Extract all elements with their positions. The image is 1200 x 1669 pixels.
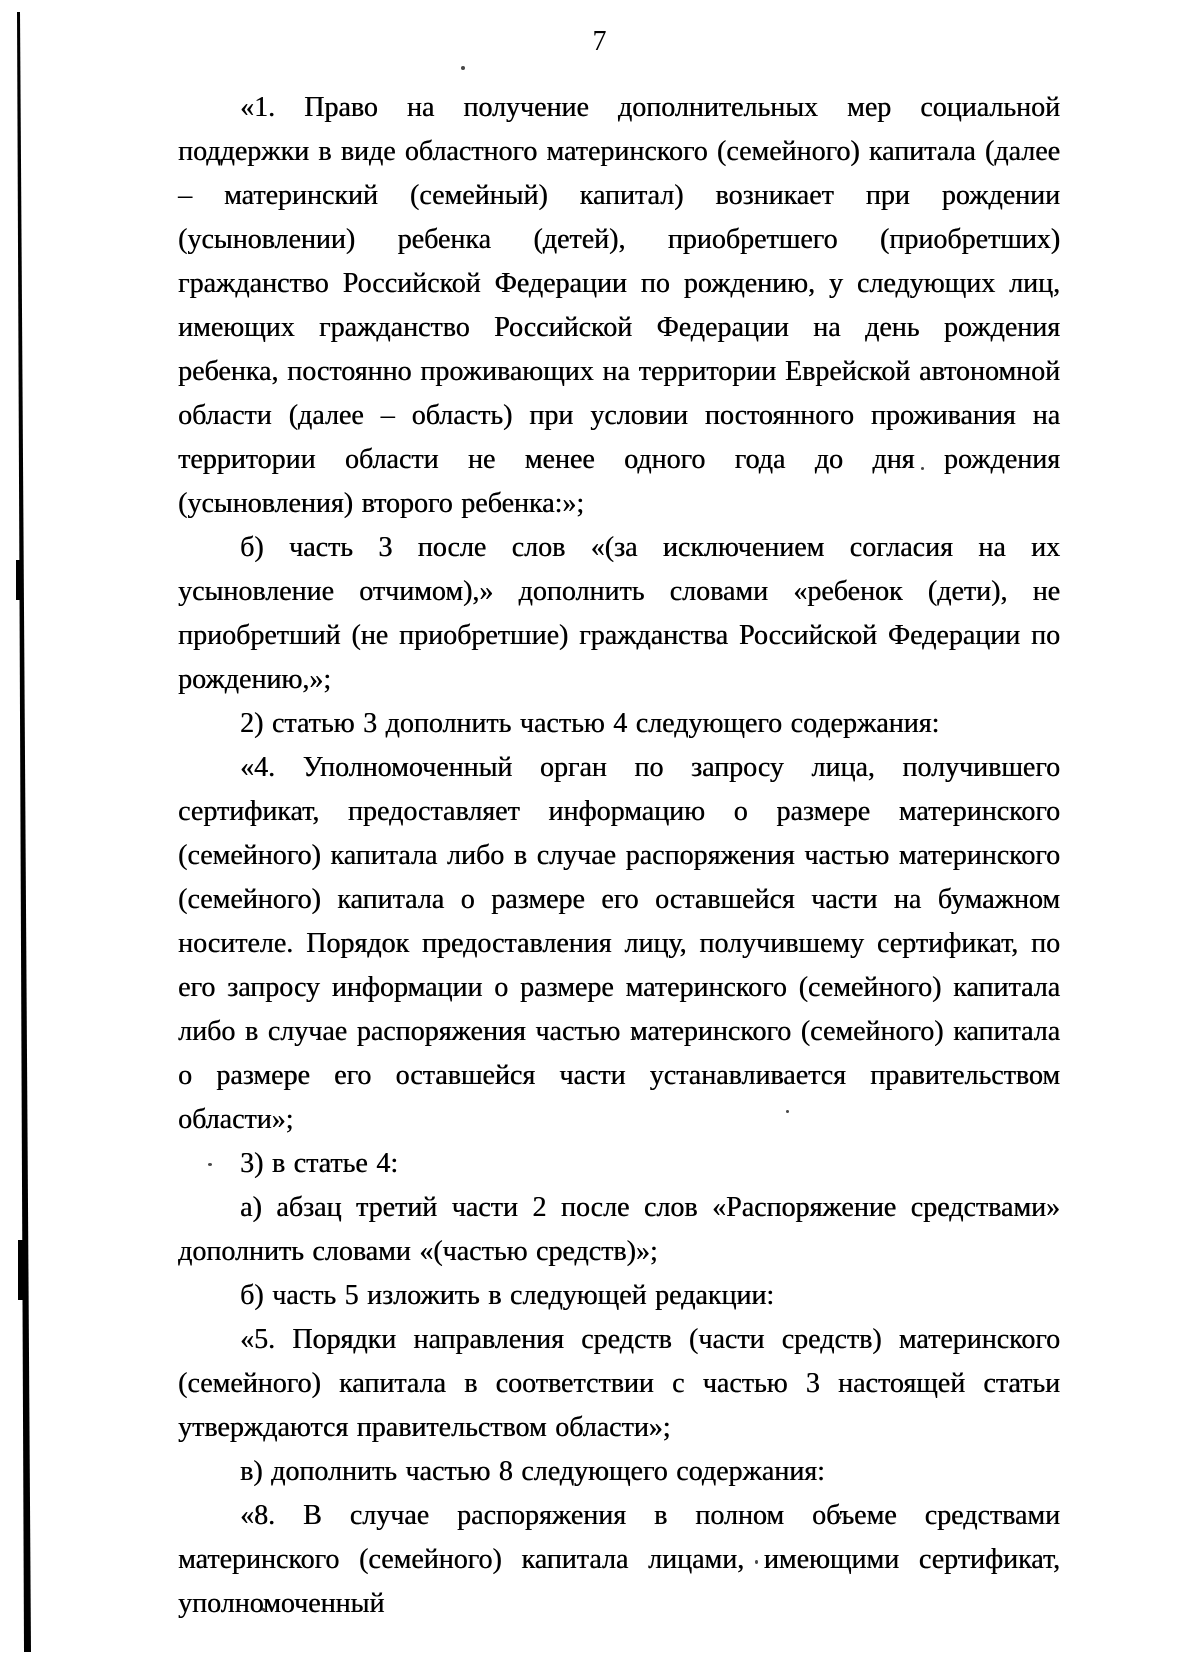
document-page: 7 «1. Право на получение дополнительных … [0,0,1200,1669]
page-number: 7 [0,26,1200,58]
scan-edge-artifact [0,0,40,1669]
scan-speck [755,1560,758,1564]
scan-speck [786,1110,789,1113]
paragraph: б) часть 5 изложить в следующей редакции… [178,1274,1060,1318]
scan-speck [633,1036,636,1040]
paragraph: «1. Право на получение дополнительных ме… [178,86,1060,526]
paragraph: б) часть 3 после слов «(за исключением с… [178,526,1060,702]
paragraph: «4. Уполномоченный орган по запросу лица… [178,746,1060,1142]
scan-speck [838,1516,841,1519]
paragraph: а) абзац третий части 2 после слов «Расп… [178,1186,1060,1274]
scan-speck [208,1163,212,1166]
paragraph: 3) в статье 4: [178,1142,1060,1186]
scan-speck [964,1030,967,1033]
scan-speck [461,66,465,70]
scan-speck [262,1608,265,1611]
scan-speck [921,467,924,470]
paragraph: 2) статью 3 дополнить частью 4 следующег… [178,702,1060,746]
paragraph: «8. В случае распоряжения в полном объем… [178,1494,1060,1626]
paragraph: «5. Порядки направления средств (части с… [178,1318,1060,1450]
document-body: «1. Право на получение дополнительных ме… [178,86,1060,1626]
paragraph: в) дополнить частью 8 следующего содержа… [178,1450,1060,1494]
